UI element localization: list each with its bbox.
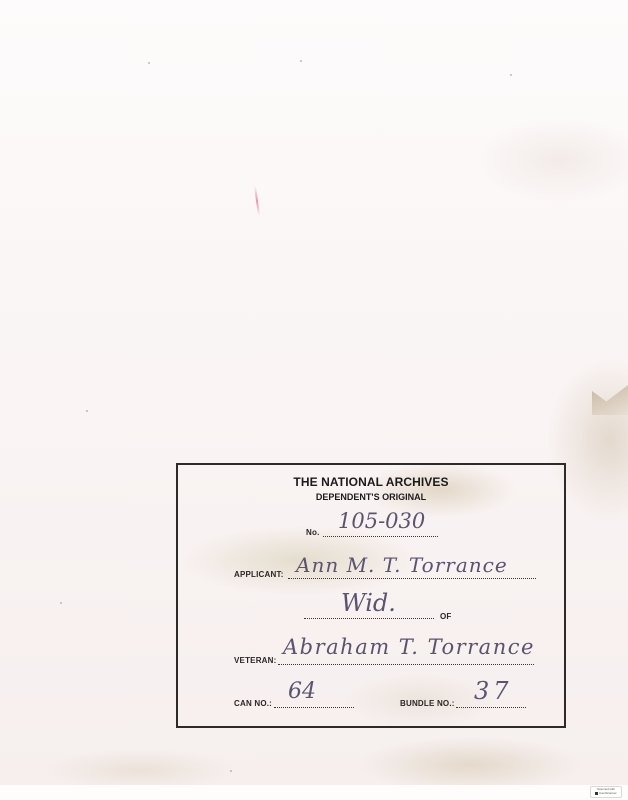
camscanner-watermark: Scanned with CamScanner	[590, 786, 622, 798]
speck	[300, 60, 302, 62]
number-value: 105-030	[338, 509, 425, 533]
archive-record-card: THE NATIONAL ARCHIVES DEPENDENT'S ORIGIN…	[176, 463, 566, 728]
bundle-no-label: BUNDLE NO.:	[400, 699, 455, 708]
relation-value: Wid.	[341, 589, 396, 617]
speck	[230, 770, 232, 772]
relation-of-label: OF	[440, 612, 452, 621]
veteran-value: Abraham T. Torrance	[283, 635, 535, 659]
can-no-line	[274, 706, 354, 708]
archive-subtitle: DEPENDENT'S ORIGINAL	[178, 492, 564, 502]
watermark-line2: CamScanner	[599, 791, 617, 795]
camscanner-logo-icon	[595, 792, 598, 795]
applicant-value: Ann M. T. Torrance	[296, 553, 508, 577]
speck	[60, 602, 62, 604]
number-line	[323, 535, 438, 537]
can-no-value: 64	[288, 679, 316, 704]
speck	[510, 74, 512, 76]
speck	[86, 410, 88, 412]
can-no-label: CAN NO.:	[234, 699, 272, 708]
number-label: No.	[306, 528, 320, 537]
relation-line	[304, 617, 434, 619]
applicant-line	[288, 577, 536, 579]
speck	[148, 62, 150, 64]
bundle-no-line	[456, 706, 526, 708]
bundle-no-value: 37	[474, 677, 513, 705]
veteran-label: VETERAN:	[234, 656, 277, 665]
applicant-label: APPLICANT:	[234, 570, 284, 579]
veteran-line	[278, 663, 534, 665]
archive-title: THE NATIONAL ARCHIVES	[178, 475, 564, 489]
